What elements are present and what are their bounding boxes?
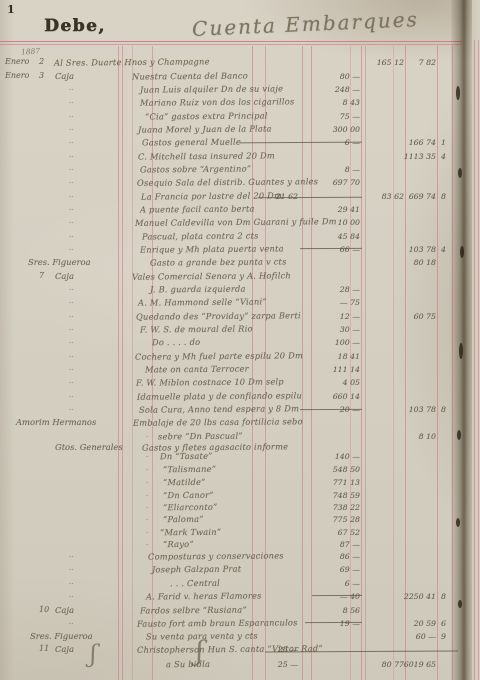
ditto-mark: · <box>146 479 148 487</box>
page-number: 1 <box>7 3 15 16</box>
entry-description: A. Farid v. heras Flamores <box>146 590 262 601</box>
ditto-mark: ·· <box>69 566 73 574</box>
entry-amount-c1: 67 52 <box>308 528 360 537</box>
ledger-row: ··Joseph Galzpan Prat69 — <box>0 563 480 576</box>
ledger-page: 1 Debe, Cuenta Embarques 1887 Enero2Al S… <box>0 0 480 680</box>
entry-amount-c1: 45 84 <box>308 232 360 241</box>
entry-amount-c1: 248 — <box>308 85 360 94</box>
ledger-row: ··A. M. Hammond selle “Viani”— 75 <box>0 296 480 309</box>
entry-amount-c1: 80 — <box>308 72 360 81</box>
entry-amount-c2: 83 62 <box>362 192 404 201</box>
entry-day: 7 <box>39 271 44 280</box>
entry-description: sebre “Dn Pascual” <box>158 431 243 442</box>
ditto-mark: ·· <box>69 339 73 347</box>
entry-description: “Dn Canor” <box>163 490 214 500</box>
entry-description: Enrique y Mh plata puerta venta <box>140 243 284 254</box>
entry-amount-c1: 111 14 <box>308 365 360 374</box>
entry-description: Dn “Tasate” <box>160 451 213 461</box>
ditto-mark: ·· <box>69 153 73 161</box>
entry-description: Cochera y Mh fuel parte espilu 20 Dm <box>135 350 303 361</box>
entry-amount-c3: 103 78 <box>399 405 436 414</box>
entry-description: Fausto fort amb braun Esparanculos <box>137 617 298 628</box>
entry-amount-c1: 8 43 <box>308 98 360 107</box>
entry-amount-c1: 6 — <box>308 579 360 588</box>
entry-amount-c1: 697 70 <box>308 178 360 187</box>
entry-amount-c1: 771 13 <box>308 478 360 487</box>
entry-amount-c4: 8 <box>437 405 450 414</box>
ledger-row: ·“Matilde”771 13 <box>0 476 480 489</box>
ditto-mark: ·· <box>69 580 73 588</box>
entry-account: Amorim Hermanos <box>16 417 96 427</box>
entry-amount-c3: 60 — <box>399 632 436 641</box>
entry-description: J. B. guarda izquierda <box>150 284 246 295</box>
entry-description: Sola Cura, Anno tend espera y 8 Dm <box>139 403 299 414</box>
ditto-mark: ·· <box>69 86 73 94</box>
ledger-row: ··F. W. S. de moural del Rio30 — <box>0 323 480 336</box>
entry-amount-c1: 69 — <box>308 565 360 574</box>
next-page-edge <box>472 0 480 680</box>
entry-amount-c1: 100 — <box>308 338 360 347</box>
ditto-mark: ·· <box>69 126 73 134</box>
entry-description: “Paloma” <box>163 514 204 524</box>
entry-amount-c3: 80 18 <box>399 258 436 267</box>
ditto-mark: ·· <box>69 233 73 241</box>
ledger-row: ·“Talismane”548 50 <box>0 463 480 476</box>
ditto-mark: · <box>146 516 148 524</box>
entry-description: “Eliarconto” <box>163 502 218 512</box>
ledger-row: ··C. Mitchell tasa insured 20 Dm1113 354 <box>0 150 480 163</box>
entry-day: 2 <box>39 57 44 66</box>
entry-description: Do . . . . do <box>152 337 200 347</box>
entry-description: Osequio Sala del distrib. Guantes y anle… <box>137 176 318 188</box>
binding-speck <box>458 168 462 178</box>
entry-month: Enero <box>5 71 29 80</box>
entry-amount-c1: 748 59 <box>308 491 360 500</box>
entry-amount-c3: 8 10 <box>399 432 436 441</box>
entry-amount-c0: 25 — <box>262 660 298 669</box>
entry-description: Al Sres. Duarte Hnos y Champagne <box>54 56 210 67</box>
entry-amount-c4: 1 <box>437 138 450 147</box>
entry-amount-c1: 738 22 <box>308 503 360 512</box>
entry-description: Pascual, plata contra 2 cts <box>142 230 259 241</box>
ditto-mark: ·· <box>69 179 73 187</box>
ditto-mark: ·· <box>69 393 73 401</box>
entry-amount-c4: 4 <box>437 152 450 161</box>
ledger-row: ··Do . . . . do100 — <box>0 336 480 349</box>
entry-amount-c1: 4 05 <box>308 378 360 387</box>
entry-description: Nuestra Cuenta del Banco <box>132 70 248 81</box>
entry-description: A puente facil canto berta <box>140 204 255 215</box>
ditto-mark: ·· <box>69 246 73 254</box>
ledger-row: Enero3CajaNuestra Cuenta del Banco80 — <box>0 70 480 83</box>
entry-description: “Cia” gastos extra Principal <box>145 110 268 121</box>
binding-speck <box>460 246 464 258</box>
ditto-mark: ·· <box>69 553 73 561</box>
entry-amount-c0: 21 62 <box>262 192 298 201</box>
ledger-row: Enero2Al Sres. Duarte Hnos y Champagne16… <box>0 56 480 69</box>
ditto-mark: ·· <box>69 299 73 307</box>
entry-amount-c1: — 75 <box>308 298 360 307</box>
ledger-row: a Su bidla25 —80 776019 65 <box>0 658 480 671</box>
ledger-row: ··La Francia por lastre del 20 Dm21 6283… <box>0 190 480 203</box>
ledger-row: ··Fausto fort amb braun Esparanculos19 —… <box>0 617 480 630</box>
ledger-row: ··F. W. Miblon costnace 10 Dm selp4 05 <box>0 376 480 389</box>
entry-description: Mate on canta Terrocer <box>145 364 249 375</box>
entry-description: Fardos selbre “Rusiana” <box>140 605 247 616</box>
entry-amount-c4: 4 <box>437 245 450 254</box>
entry-amount-c1: 29 41 <box>308 205 360 214</box>
ledger-row: ··Osequio Sala del distrib. Guantes y an… <box>0 176 480 189</box>
ditto-mark: ·· <box>69 366 73 374</box>
entry-description: Gasto a grande bez punta v cts <box>150 256 287 267</box>
entry-description: . . . Central <box>170 578 220 588</box>
next-page-rule <box>478 40 479 680</box>
entry-amount-c1: 30 — <box>308 325 360 334</box>
entry-description: Joseph Galzpan Prat <box>152 564 241 575</box>
pen-flourish: ʃ <box>196 636 203 667</box>
entry-amount-c4: 8 <box>437 192 450 201</box>
ledger-row: ··Juan Luis alquiler Dn de su viaje248 — <box>0 83 480 96</box>
entry-amount-c1: 548 50 <box>308 465 360 474</box>
ledger-row: Sres. FigueroaGasto a grande bez punta v… <box>0 256 480 269</box>
entry-description: F. W. Miblon costnace 10 Dm selp <box>136 376 284 387</box>
entry-description: Juana Morel y Juan de la Plata <box>138 123 272 134</box>
ledger-row: ··Pascual, plata contra 2 cts45 84 <box>0 230 480 243</box>
entry-description: Manuel Caldevilla von Dm Guarani y fuile… <box>135 216 337 228</box>
entry-description: “Talismane” <box>163 464 216 474</box>
account-title: Cuenta Embarques <box>192 7 420 41</box>
ditto-mark: · <box>146 466 148 474</box>
entry-amount-c1: 86 — <box>308 552 360 561</box>
entry-amount-c4: 8 <box>437 592 450 601</box>
ledger-row: 10CajaFardos selbre “Rusiana”8 56 <box>0 604 480 617</box>
entry-amount-c4: 6 <box>437 619 450 628</box>
ditto-mark: ·· <box>69 379 73 387</box>
entry-amount-c1: 75 — <box>308 112 360 121</box>
binding-speck <box>456 518 460 527</box>
entry-amount-c1: 28 — <box>308 285 360 294</box>
entry-day: 3 <box>39 71 44 80</box>
ditto-mark: ·· <box>69 326 73 334</box>
binding-gutter <box>451 0 472 680</box>
entry-account: Caja <box>55 71 74 81</box>
ledger-row: ··A puente facil canto berta29 41 <box>0 203 480 216</box>
binding-speck <box>456 86 460 100</box>
entry-description: Idamuelle plata y de confiando espilu <box>137 390 302 401</box>
ditto-mark: · <box>146 541 148 549</box>
debit-header: Debe, <box>44 16 106 36</box>
entry-amount-c1: 18 41 <box>308 352 360 361</box>
entry-amount-c1: 8 — <box>308 165 360 174</box>
ledger-row: ··Cochera y Mh fuel parte espilu 20 Dm18… <box>0 350 480 363</box>
ditto-mark: ·· <box>69 313 73 321</box>
ledger-row: ··Idamuelle plata y de confiando espilu6… <box>0 390 480 403</box>
ledger-row: ··Gastos sobre “Argentino”8 — <box>0 163 480 176</box>
entry-amount-c2: 165 12 <box>362 58 404 67</box>
entry-day: 11 <box>39 644 49 653</box>
binding-speck <box>457 430 461 440</box>
ledger-row: ··A. Farid v. heras Flamores— 402250 418 <box>0 590 480 603</box>
entry-amount-c3: 7 82 <box>399 58 436 67</box>
entry-description: C. Mitchell tasa insured 20 Dm <box>138 150 275 161</box>
ditto-mark: · <box>146 492 148 500</box>
ledger-row: ··Composturas y conservaciones86 — <box>0 550 480 563</box>
next-page-rule <box>474 40 475 680</box>
entry-account: Sres. Figueroa <box>30 631 93 641</box>
entry-description: a Su bidla <box>166 659 210 669</box>
ditto-mark: ·· <box>69 406 73 414</box>
ledger-row: ··Enrique y Mh plata puerta venta66 —103… <box>0 243 480 256</box>
ditto-mark: · <box>146 453 148 461</box>
ditto-mark: · <box>146 433 148 441</box>
ledger-row: ··Quedando des “Providay” zarpa Berti12 … <box>0 310 480 323</box>
ditto-mark: ·· <box>69 593 73 601</box>
entry-description: Embalaje de 20 lbs casa fortilicia sebo <box>133 416 303 427</box>
binding-speck <box>458 600 462 608</box>
entry-description: “Mark Twain” <box>160 527 221 538</box>
ledger-row: Amorim HermanosEmbalaje de 20 lbs casa f… <box>0 416 480 429</box>
entry-description: A. M. Hammond selle “Viani” <box>138 296 267 307</box>
ditto-mark: ·· <box>69 166 73 174</box>
ledger-row: ··Sola Cura, Anno tend espera y 8 Dm20 —… <box>0 403 480 416</box>
ledger-row: ··Mate on canta Terrocer111 14 <box>0 363 480 376</box>
ditto-mark: ·· <box>69 113 73 121</box>
binding-speck <box>459 343 463 359</box>
ditto-mark: ·· <box>69 620 73 628</box>
ditto-mark: · <box>146 529 148 537</box>
entry-amount-c1: 300 00 <box>308 125 360 134</box>
ledger-row: ··Manuel Caldevilla von Dm Guarani y fui… <box>0 216 480 229</box>
header-rule-bottom <box>0 44 462 45</box>
entry-account: Caja <box>55 644 74 654</box>
entry-amount-c3: 2250 41 <box>399 592 436 601</box>
entry-description: “Rayo” <box>163 539 194 549</box>
entry-amount-c1: 775 28 <box>308 515 360 524</box>
entry-description: Mariano Ruiz von dos los cigarillos <box>140 96 294 107</box>
ledger-row: ··“Cia” gastos extra Principal75 — <box>0 110 480 123</box>
entry-description: F. W. S. de moural del Rio <box>140 324 253 335</box>
entry-amount-c3: 166 74 <box>399 138 436 147</box>
entry-amount-c2: 80 77 <box>362 660 404 669</box>
entry-day: 10 <box>39 605 49 614</box>
entry-amount-c3: 669 74 <box>399 192 436 201</box>
entry-amount-c3: 1113 35 <box>399 152 436 161</box>
ledger-row: 7CajaVales Comercial Senora y A. Hofilch <box>0 270 480 283</box>
ditto-mark: ·· <box>69 139 73 147</box>
entry-amount-c3: 103 78 <box>399 245 436 254</box>
entry-description: Juan Luis alquiler Dn de su viaje <box>140 83 283 94</box>
entry-amount-c1: 10 00 <box>308 218 360 227</box>
entry-account: Caja <box>55 271 74 281</box>
ledger-row: ··Mariano Ruiz von dos los cigarillos8 4… <box>0 96 480 109</box>
entry-month: Enero <box>5 57 29 66</box>
ledger-row: ·“Paloma”775 28 <box>0 513 480 526</box>
entry-amount-c3: 60 75 <box>399 312 436 321</box>
entry-description: “Matilde” <box>163 477 206 487</box>
ditto-mark: ·· <box>69 219 73 227</box>
entry-description: Gastos sobre “Argentino” <box>140 164 251 175</box>
entry-amount-c1: 660 14 <box>308 392 360 401</box>
header-rule-top <box>0 41 462 42</box>
entry-amount-c1: 8 56 <box>308 606 360 615</box>
entry-description: Quedando des “Providay” zarpa Berti <box>136 310 301 321</box>
entry-amount-c1: 12 — <box>308 312 360 321</box>
entry-description: Gastos general Muelle <box>142 137 241 148</box>
ledger-row: Sres. FigueroaSu venta para venta y cts6… <box>0 630 480 643</box>
ditto-mark: ·· <box>69 206 73 214</box>
ledger-row: ··. . . Central6 — <box>0 577 480 590</box>
pen-flourish: ʃ <box>90 640 97 668</box>
ditto-mark: ·· <box>69 353 73 361</box>
ledger-row: ··Juana Morel y Juan de la Plata300 00 <box>0 123 480 136</box>
ledger-row: ··J. B. guarda izquierda28 — <box>0 283 480 296</box>
entry-description: Vales Comercial Senora y A. Hofilch <box>132 270 291 281</box>
entry-account: Sres. Figueroa <box>28 257 91 267</box>
entry-description: La Francia por lastre del 20 Dm <box>141 190 282 201</box>
entry-amount-c1: 140 — <box>308 452 360 461</box>
ledger-row: ·Dn “Tasate”140 — <box>0 450 480 463</box>
entry-amount-c4: 9 <box>437 632 450 641</box>
ditto-mark: ·· <box>69 286 73 294</box>
entry-amount-c3: 20 59 <box>399 619 436 628</box>
entry-amount-c1: 87 — <box>308 540 360 549</box>
entry-description: Composturas y conservaciones <box>148 550 284 561</box>
ditto-mark: ·· <box>69 99 73 107</box>
entry-account: Caja <box>55 605 74 615</box>
entry-amount-c3: 6019 65 <box>399 660 436 669</box>
ledger-row: 11CajaChristopherson Hun S. canta “Visto… <box>0 643 480 656</box>
ditto-mark: ·· <box>69 193 73 201</box>
ditto-mark: · <box>146 504 148 512</box>
